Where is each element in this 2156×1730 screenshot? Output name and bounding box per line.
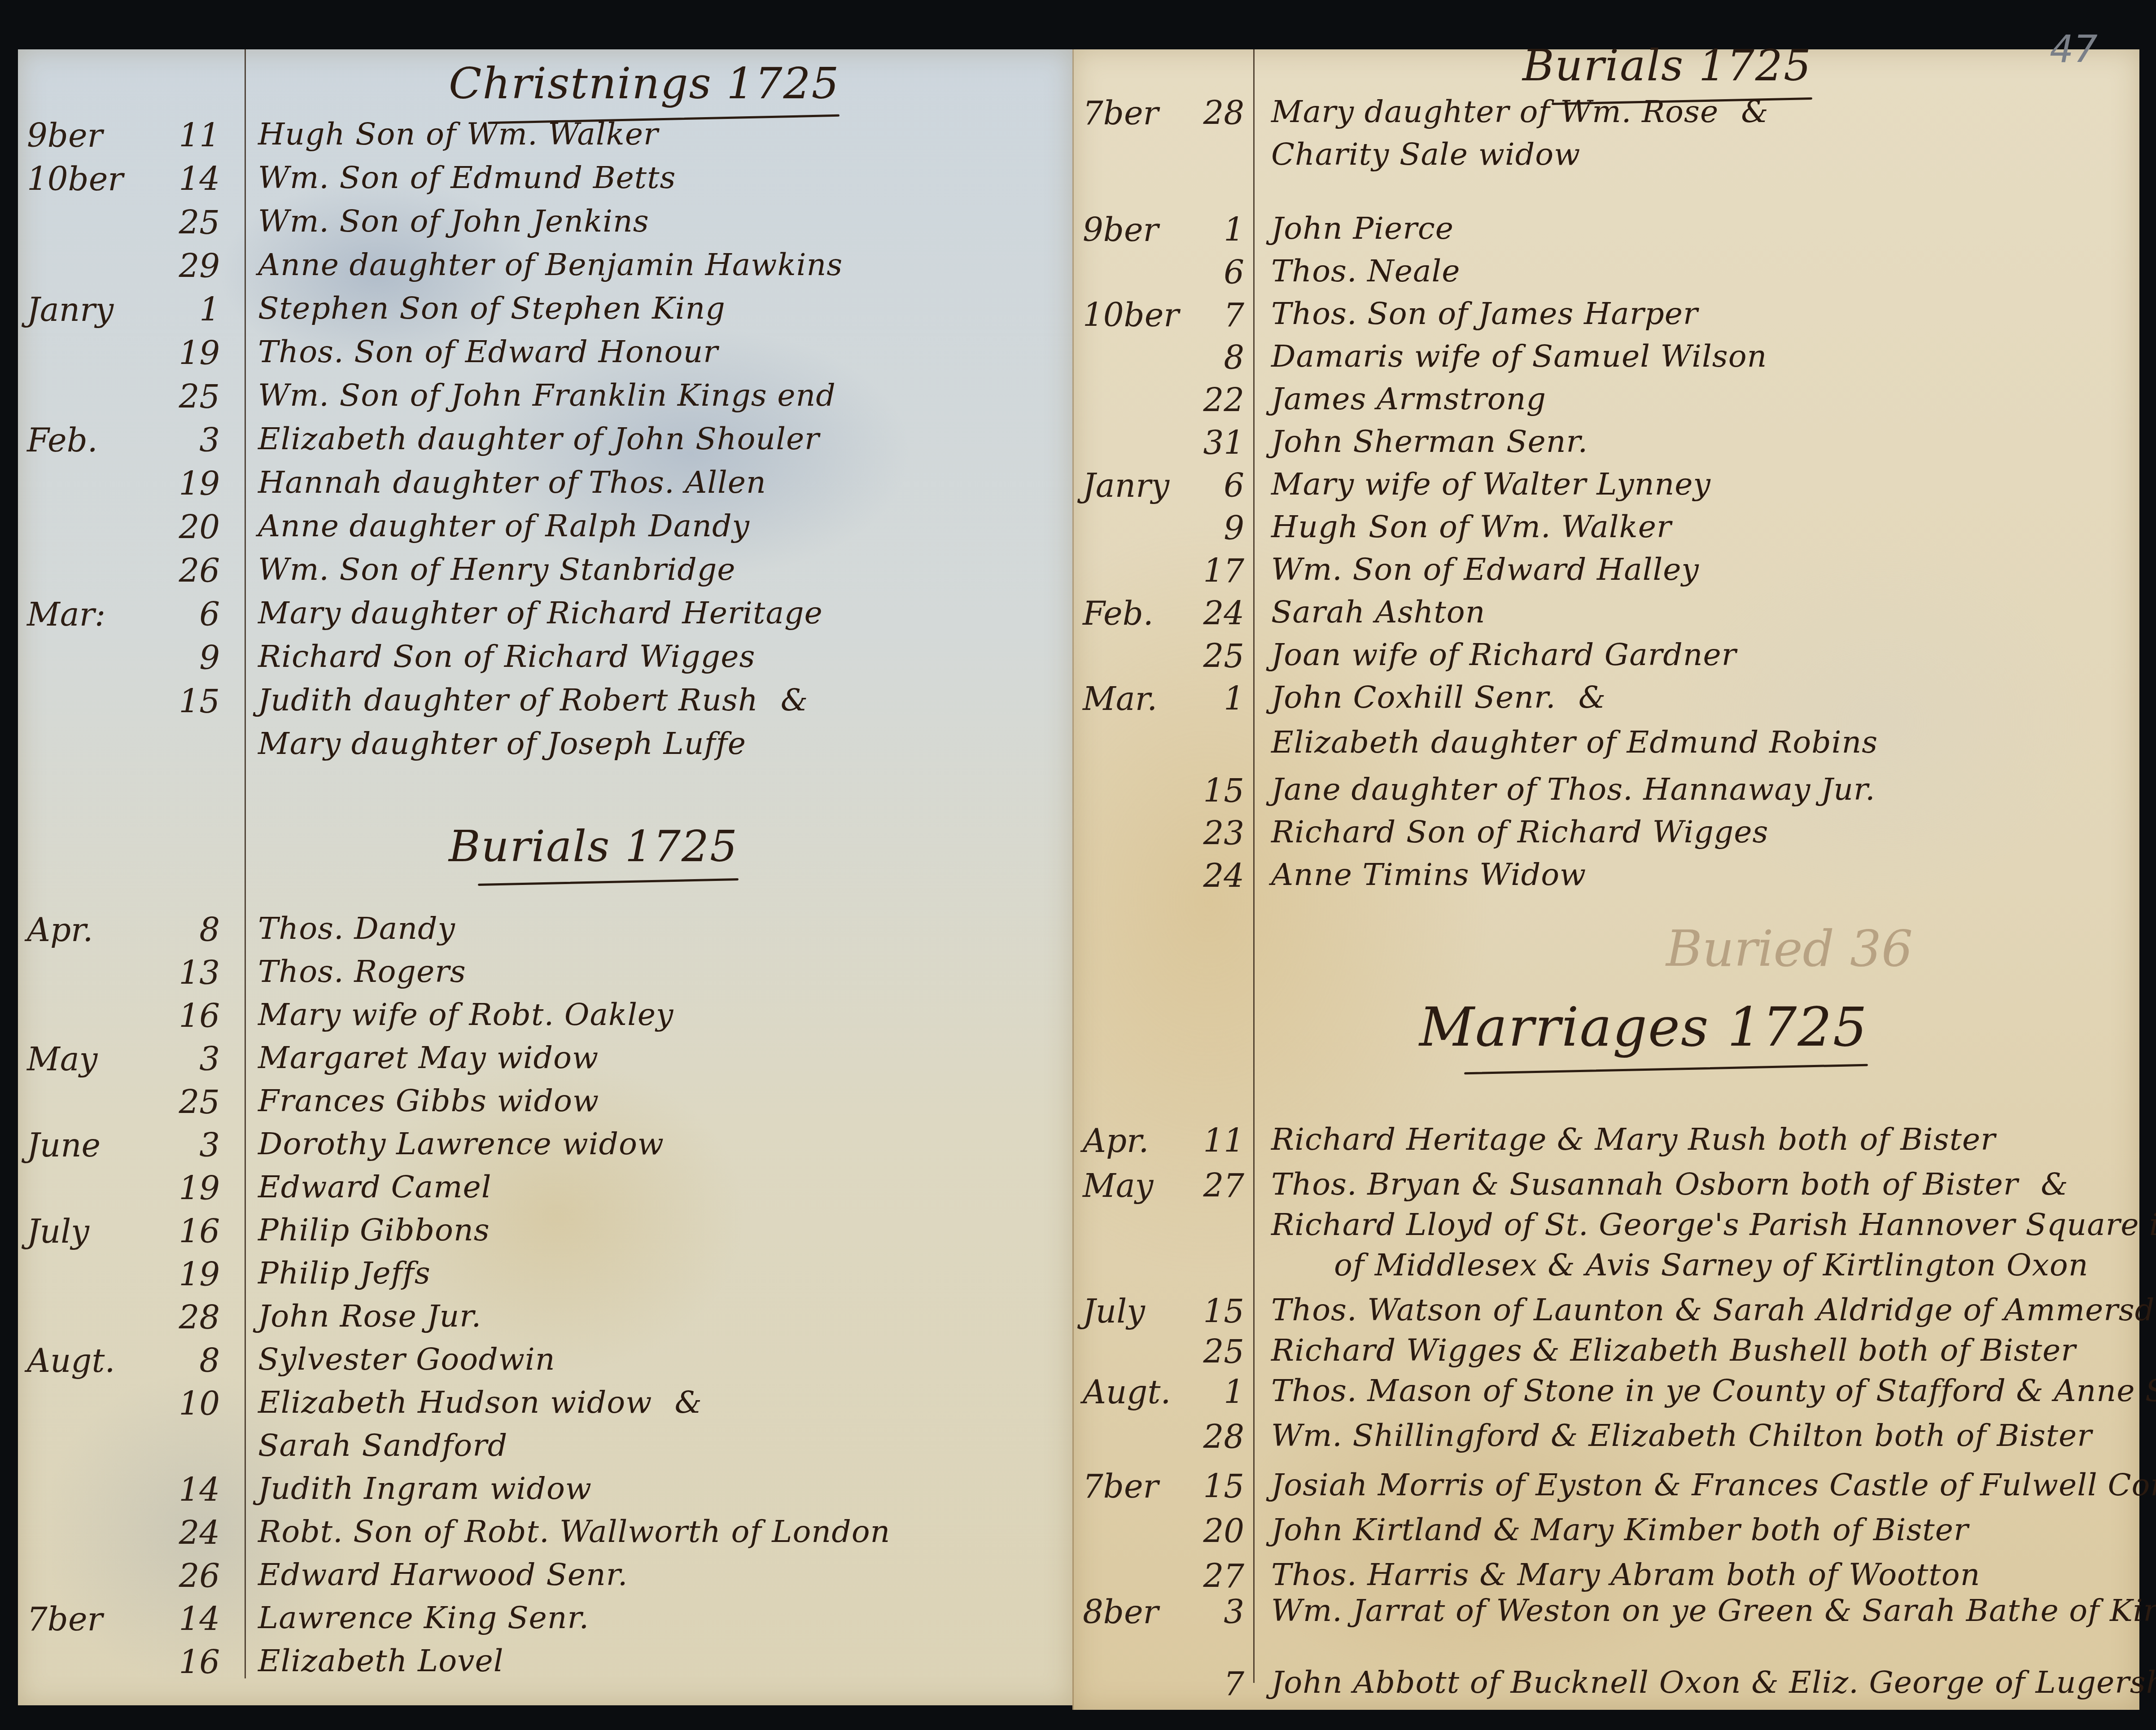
entry-name: Richard Son of Richard Wigges <box>1271 815 1768 850</box>
entry-month: Janry <box>27 291 114 328</box>
entry-text: Charity Sale widow <box>1271 137 1580 172</box>
entry-text: Thos. Harris & Mary Abram both of Wootto… <box>1271 1557 1980 1593</box>
entry-name: James Armstrong <box>1271 381 1546 417</box>
entry-day: 13 <box>130 954 220 992</box>
entry-name: Damaris wife of Samuel Wilson <box>1271 339 1767 374</box>
entry-text: Wm. Son of John Jenkins <box>258 204 649 239</box>
entry-day: 7 <box>1155 296 1244 334</box>
entry-day: 16 <box>130 1213 220 1250</box>
entry-text: Mary wife of Robt. Oakley <box>258 997 674 1033</box>
entry-day: 20 <box>130 508 220 546</box>
entry-text: John Abbott of Bucknell Oxon & Eliz. Geo… <box>1271 1665 2156 1700</box>
ampersand-mark: & <box>781 683 809 718</box>
entry-text: Edward Harwood Senr. <box>258 1557 628 1593</box>
entry-name: Lawrence King Senr. <box>258 1600 589 1636</box>
entry-name: Anne daughter of Benjamin Hawkins <box>258 247 843 283</box>
entry-month: 8ber <box>1083 1593 1159 1631</box>
entry-name: Hannah daughter of Thos. Allen <box>258 465 766 500</box>
entry-day: 25 <box>1155 637 1244 675</box>
entry-text: Hugh Son of Wm. Walker <box>1271 509 1672 545</box>
entry-name: Wm. Son of Henry Stanbridge <box>258 552 735 587</box>
entry-name: Frances Gibbs widow <box>258 1083 599 1119</box>
entry-month: 7ber <box>27 1600 103 1638</box>
entry-day: 6 <box>1155 254 1244 291</box>
entry-day: 7 <box>1155 1665 1244 1703</box>
entry-text: Thos. Dandy <box>258 911 455 946</box>
entry-month: 9ber <box>1083 211 1159 249</box>
entry-month: 7ber <box>1083 94 1159 132</box>
entry-name: John Rose Jur. <box>258 1299 481 1334</box>
entry-month: Apr. <box>27 911 93 949</box>
entry-name: Robt. Son of Robt. Wallworth of London <box>258 1514 890 1550</box>
entry-day: 23 <box>1155 815 1244 852</box>
page-number: 47 <box>2050 27 2098 71</box>
entry-text: Elizabeth daughter of John Shouler <box>258 421 820 457</box>
entry-day: 14 <box>130 160 220 198</box>
entry-text: Judith Ingram widow <box>258 1471 592 1507</box>
entry-text: Richard Son of Richard Wigges <box>258 639 755 674</box>
entry-day: 15 <box>130 683 220 720</box>
entry-name: Sylvester Goodwin <box>258 1342 555 1377</box>
entry-name: Dorothy Lawrence widow <box>258 1126 664 1162</box>
entry-text: Mary wife of Walter Lynney <box>1271 467 1711 502</box>
entry-name: Thos. Neale <box>1271 254 1461 289</box>
entry-name: Sarah Sandford <box>258 1428 507 1463</box>
entry-text: Elizabeth Lovel <box>258 1643 504 1679</box>
entry-day: 9 <box>130 639 220 677</box>
entry-name: Edward Harwood Senr. <box>258 1557 628 1593</box>
entry-month: Feb. <box>27 421 98 459</box>
entry-text: Sylvester Goodwin <box>258 1342 555 1377</box>
margin-rule <box>245 49 246 1678</box>
christenings-heading: Christnings 1725 <box>449 58 840 109</box>
entry-text: Anne daughter of Ralph Dandy <box>258 508 750 544</box>
entry-text: of Middlesex & Avis Sarney of Kirtlingto… <box>1334 1248 2089 1283</box>
entry-day: 25 <box>130 204 220 241</box>
entry-text: Wm. Jarrat of Weston on ye Green & Sarah… <box>1271 1593 2156 1629</box>
entry-name: Thos. Son of James Harper <box>1271 296 1698 332</box>
entry-day: 19 <box>130 465 220 503</box>
entry-month: Apr. <box>1083 1122 1149 1160</box>
entry-name: Thos. Rogers <box>258 954 466 990</box>
entry-text: Robt. Son of Robt. Wallworth of London <box>258 1514 890 1550</box>
ampersand-mark: & <box>1579 680 1606 715</box>
burial-total-annotation: Buried 36 <box>1666 920 1913 977</box>
entry-day: 10 <box>130 1385 220 1423</box>
entry-name: Wm. Son of Edward Halley <box>1271 552 1699 587</box>
entry-day: 27 <box>1155 1167 1244 1204</box>
entry-day: 26 <box>130 1557 220 1595</box>
entry-text: Mary daughter of Wm. Rose& <box>1271 94 1769 130</box>
entry-name: Philip Jeffs <box>258 1256 431 1291</box>
entry-text: Margaret May widow <box>258 1040 599 1076</box>
entry-name: Edward Camel <box>258 1169 492 1205</box>
entry-text: Sarah Sandford <box>258 1428 507 1463</box>
entry-text: Mary daughter of Joseph Luffe <box>258 726 746 762</box>
entry-day: 24 <box>1155 595 1244 632</box>
entry-name: Mary daughter of Joseph Luffe <box>258 726 746 762</box>
entry-name: John Pierce <box>1271 211 1454 246</box>
entry-text: Thos. Son of James Harper <box>1271 296 1698 332</box>
entry-text: Wm. Son of Edward Halley <box>1271 552 1699 587</box>
entry-text: John Pierce <box>1271 211 1454 246</box>
entry-day: 16 <box>130 997 220 1035</box>
entry-text: Dorothy Lawrence widow <box>258 1126 664 1162</box>
entry-text: Thos. Son of Edward Honour <box>258 334 718 370</box>
entry-day: 1 <box>1155 680 1244 718</box>
entry-month: May <box>27 1040 97 1078</box>
entry-text: Anne Timins Widow <box>1271 857 1586 893</box>
entry-name: Wm. Shillingford & Elizabeth Chilton bot… <box>1271 1418 2092 1454</box>
entry-text: Richard Lloyd of St. George's Parish Han… <box>1271 1207 2156 1243</box>
entry-day: 11 <box>1155 1122 1244 1160</box>
entry-name: John Abbott of Bucknell Oxon & Eliz. Geo… <box>1271 1665 2156 1700</box>
entry-day: 15 <box>1155 1292 1244 1330</box>
entry-day: 19 <box>130 1256 220 1293</box>
entry-name: Mary daughter of Richard Heritage <box>258 596 823 631</box>
entry-month: July <box>27 1213 89 1250</box>
entry-name: Mary wife of Walter Lynney <box>1271 467 1711 502</box>
entry-text: Philip Jeffs <box>258 1256 431 1291</box>
entry-month: 9ber <box>27 117 103 154</box>
entry-text: Wm. Son of Henry Stanbridge <box>258 552 735 587</box>
entry-name: Anne daughter of Ralph Dandy <box>258 508 750 544</box>
entry-text: Josiah Morris of Eyston & Frances Castle… <box>1271 1467 2156 1503</box>
entry-text: Anne daughter of Benjamin Hawkins <box>258 247 843 283</box>
ampersand-mark: & <box>2041 1167 2069 1202</box>
entry-text: Thos. Neale <box>1271 254 1461 289</box>
entry-day: 22 <box>1155 381 1244 419</box>
entry-day: 19 <box>130 334 220 372</box>
entry-name: Stephen Son of Stephen King <box>258 291 726 326</box>
entry-day: 28 <box>1155 1418 1244 1456</box>
margin-rule <box>1253 49 1255 1683</box>
entry-name: Mary wife of Robt. Oakley <box>258 997 674 1033</box>
entry-day: 14 <box>130 1600 220 1638</box>
burials-heading-left: Burials 1725 <box>449 821 738 872</box>
entry-text: Thos. Bryan & Susannah Osborn both of Bi… <box>1271 1167 2069 1202</box>
entry-month: May <box>1083 1167 1153 1204</box>
entry-name: Hugh Son of Wm. Walker <box>258 117 659 152</box>
entry-text: Elizabeth Hudson widow& <box>258 1385 702 1420</box>
entry-month: July <box>1083 1292 1145 1330</box>
entry-day: 8 <box>1155 339 1244 377</box>
entry-text: John Sherman Senr. <box>1271 424 1588 460</box>
right-page: 47 Burials 1725 7ber28Mary daughter of W… <box>1072 49 2139 1710</box>
entry-name: Sarah Ashton <box>1271 595 1485 630</box>
entry-name: John Sherman Senr. <box>1271 424 1588 460</box>
entry-day: 26 <box>130 552 220 590</box>
entry-name: Thos. Watson of Launton & Sarah Aldridge… <box>1271 1292 2156 1328</box>
entry-text: Thos. Watson of Launton & Sarah Aldridge… <box>1271 1292 2156 1328</box>
entry-name: Philip Gibbons <box>258 1213 490 1248</box>
entry-name: Thos. Harris & Mary Abram both of Wootto… <box>1271 1557 1980 1593</box>
entry-name: Elizabeth daughter of John Shouler <box>258 421 820 457</box>
entry-name: Elizabeth Hudson widow <box>258 1385 652 1420</box>
entry-name: Wm. Jarrat of Weston on ye Green & Sarah… <box>1271 1593 2156 1629</box>
entry-text: Richard Heritage & Mary Rush both of Bis… <box>1271 1122 1996 1157</box>
marriages-heading: Marriages 1725 <box>1419 996 1868 1059</box>
entry-day: 3 <box>130 1126 220 1164</box>
entry-text: Thos. Rogers <box>258 954 466 990</box>
entry-name: Thos. Bryan & Susannah Osborn both of Bi… <box>1271 1167 2018 1202</box>
entry-name: Judith daughter of Robert Rush <box>258 683 758 718</box>
entry-name: Thos. Son of Edward Honour <box>258 334 718 370</box>
entry-text: Sarah Ashton <box>1271 595 1485 630</box>
entry-name: Wm. Son of John Jenkins <box>258 204 649 239</box>
entry-name: Margaret May widow <box>258 1040 599 1076</box>
entry-day: 17 <box>1155 552 1244 590</box>
entry-name: Judith Ingram widow <box>258 1471 592 1507</box>
entry-text: Wm. Son of John Franklin Kings end <box>258 378 836 413</box>
entry-text: Richard Son of Richard Wigges <box>1271 815 1768 850</box>
entry-day: 31 <box>1155 424 1244 462</box>
entry-day: 24 <box>130 1514 220 1552</box>
entry-day: 25 <box>130 1083 220 1121</box>
entry-day: 3 <box>1155 1593 1244 1631</box>
entry-month: 10ber <box>27 160 123 198</box>
entry-day: 19 <box>130 1169 220 1207</box>
entry-day: 20 <box>1155 1512 1244 1550</box>
entry-name: Richard Heritage & Mary Rush both of Bis… <box>1271 1122 1996 1157</box>
heading-underline <box>478 878 738 886</box>
heading-underline <box>1464 1064 1868 1075</box>
entry-day: 27 <box>1155 1557 1244 1595</box>
entry-text: John Coxhill Senr.& <box>1271 680 1606 715</box>
entry-text: Jane daughter of Thos. Hannaway Jur. <box>1271 772 1876 807</box>
entry-name: Elizabeth daughter of Edmund Robins <box>1271 725 1878 760</box>
entry-name: Mary daughter of Wm. Rose <box>1271 94 1719 130</box>
entry-text: Wm. Son of Edmund Betts <box>258 160 676 196</box>
entry-day: 9 <box>1155 509 1244 547</box>
entry-name: Josiah Morris of Eyston & Frances Castle… <box>1271 1467 2156 1503</box>
entry-text: Thos. Mason of Stone in ye County of Sta… <box>1271 1373 2156 1409</box>
entry-name: Charity Sale widow <box>1271 137 1580 172</box>
entry-day: 25 <box>130 378 220 416</box>
entry-name: Elizabeth Lovel <box>258 1643 504 1679</box>
entry-text: Lawrence King Senr. <box>258 1600 589 1636</box>
entry-day: 3 <box>130 1040 220 1078</box>
entry-text: John Kirtland & Mary Kimber both of Bist… <box>1271 1512 1968 1548</box>
entry-day: 25 <box>1155 1333 1244 1371</box>
entry-name: John Kirtland & Mary Kimber both of Bist… <box>1271 1512 1968 1548</box>
entry-day: 15 <box>1155 772 1244 810</box>
entry-day: 16 <box>130 1643 220 1681</box>
entry-text: Edward Camel <box>258 1169 492 1205</box>
entry-month: June <box>27 1126 101 1164</box>
entry-day: 24 <box>1155 857 1244 895</box>
entry-text: Elizabeth daughter of Edmund Robins <box>1271 725 1878 760</box>
entry-name: Wm. Son of John Franklin Kings end <box>258 378 836 413</box>
entry-day: 14 <box>130 1471 220 1509</box>
entry-name: Wm. Son of Edmund Betts <box>258 160 676 196</box>
entry-day: 8 <box>130 1342 220 1380</box>
entry-day: 6 <box>1155 467 1244 504</box>
entry-day: 11 <box>130 117 220 154</box>
entry-day: 29 <box>130 247 220 285</box>
entry-text: John Rose Jur. <box>258 1299 481 1334</box>
entry-text: Hannah daughter of Thos. Allen <box>258 465 766 500</box>
entry-name: Richard Lloyd of St. George's Parish Han… <box>1271 1207 2156 1243</box>
entry-day: 1 <box>1155 1373 1244 1411</box>
entry-text: Philip Gibbons <box>258 1213 490 1248</box>
entry-text: Frances Gibbs widow <box>258 1083 599 1119</box>
entry-day: 28 <box>1155 94 1244 132</box>
entry-day: 1 <box>130 291 220 328</box>
entry-text: James Armstrong <box>1271 381 1546 417</box>
entry-name: Thos. Mason of Stone in ye County of Sta… <box>1271 1373 2156 1409</box>
entry-name: Richard Son of Richard Wigges <box>258 639 755 674</box>
entry-name: of Middlesex & Avis Sarney of Kirtlingto… <box>1334 1248 2089 1283</box>
entry-month: Feb. <box>1083 595 1154 632</box>
left-page: Christnings 1725 9ber11Hugh Son of Wm. W… <box>18 49 1072 1705</box>
entry-month: Mar: <box>27 596 105 633</box>
entry-day: 8 <box>130 911 220 949</box>
entry-text: Damaris wife of Samuel Wilson <box>1271 339 1767 374</box>
entry-text: Richard Wigges & Elizabeth Bushell both … <box>1271 1333 2076 1368</box>
entry-day: 3 <box>130 421 220 459</box>
entry-text: Judith daughter of Robert Rush& <box>258 683 808 718</box>
entry-name: John Coxhill Senr. <box>1271 680 1556 715</box>
entry-name: Anne Timins Widow <box>1271 857 1586 893</box>
ampersand-mark: & <box>675 1385 703 1420</box>
entry-name: Thos. Dandy <box>258 911 455 946</box>
entry-day: 1 <box>1155 211 1244 249</box>
entry-name: Hugh Son of Wm. Walker <box>1271 509 1672 545</box>
entry-name: Richard Wigges & Elizabeth Bushell both … <box>1271 1333 2076 1368</box>
burials-heading-right: Burials 1725 <box>1522 40 1812 91</box>
entry-day: 6 <box>130 596 220 633</box>
ampersand-mark: & <box>1741 94 1769 130</box>
entry-name: Joan wife of Richard Gardner <box>1271 637 1736 673</box>
entry-name: Jane daughter of Thos. Hannaway Jur. <box>1271 772 1876 807</box>
entry-month: Mar. <box>1083 680 1157 718</box>
entry-text: Wm. Shillingford & Elizabeth Chilton bot… <box>1271 1418 2092 1454</box>
entry-month: 7ber <box>1083 1467 1159 1505</box>
entry-text: Stephen Son of Stephen King <box>258 291 726 326</box>
entry-day: 15 <box>1155 1467 1244 1505</box>
entry-day: 28 <box>130 1299 220 1336</box>
entry-text: Hugh Son of Wm. Walker <box>258 117 659 152</box>
entry-text: Joan wife of Richard Gardner <box>1271 637 1736 673</box>
entry-text: Mary daughter of Richard Heritage <box>258 596 823 631</box>
entry-month: Augt. <box>27 1342 115 1380</box>
